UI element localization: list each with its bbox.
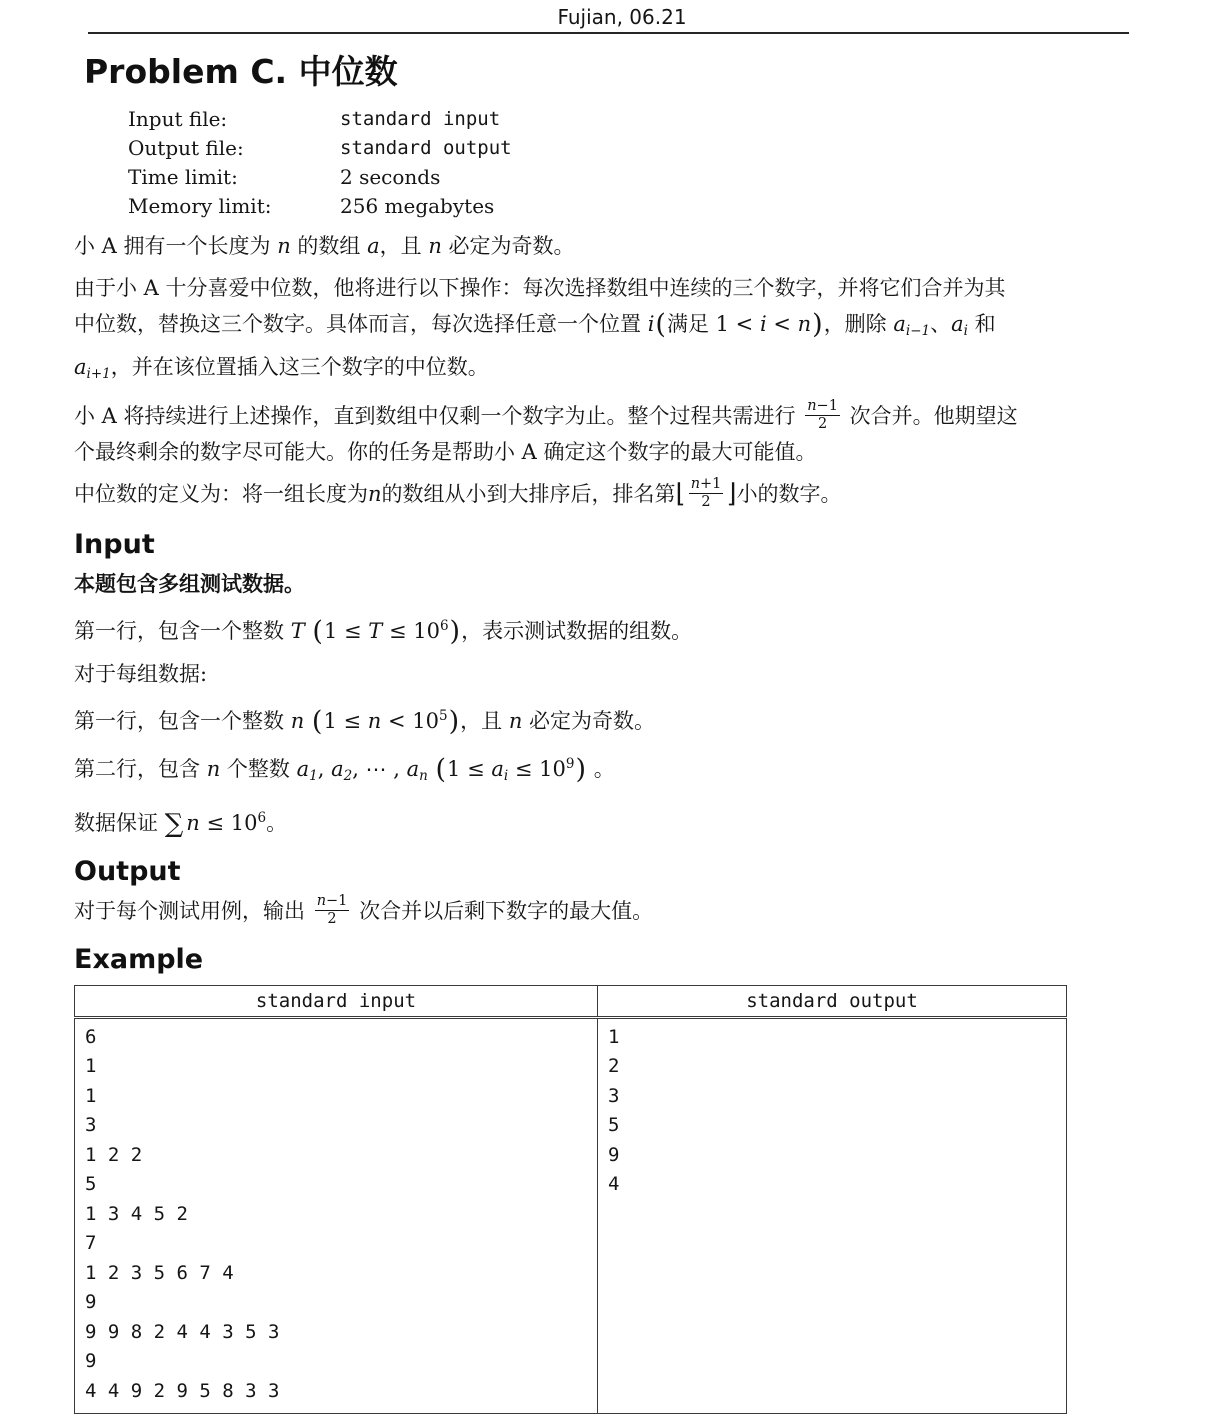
code-line: 9: [608, 1141, 1056, 1171]
math-var: n: [186, 811, 200, 835]
text-run: <: [767, 312, 798, 336]
text-run: 必定为奇数。: [442, 234, 575, 258]
text-line: 数据保证 ∑n ≤ 106。: [74, 800, 1170, 841]
big-paren: ): [576, 754, 587, 785]
text-run: 2: [327, 911, 336, 927]
text-run: 1 ≤: [324, 619, 368, 643]
big-paren: ): [450, 616, 461, 647]
text-run: 2: [818, 416, 827, 432]
text-run: 对于每组数据:: [74, 662, 207, 686]
code-line: 1 3 4 5 2: [85, 1200, 587, 1230]
math-subscripted: an: [407, 757, 428, 781]
math-var: n: [691, 476, 700, 492]
meta-value: standard output: [340, 137, 512, 159]
code-line: 3: [85, 1111, 587, 1141]
math-var: n: [291, 709, 305, 733]
text-line: 小 A 拥有一个长度为 n 的数组 a，且 n 必定为奇数。: [74, 228, 1170, 264]
math-var: i: [648, 312, 655, 336]
meta-label: Output file:: [128, 136, 340, 160]
text-run: <: [381, 709, 412, 733]
math-subscripted: ai+1: [74, 355, 111, 379]
text-run: 数据保证: [74, 811, 165, 835]
meta-row: Output file:standard output: [128, 133, 1170, 162]
statement-paragraph: 由于小 A 十分喜爱中位数，他将进行以下操作：每次选择数组中连续的三个数字，并将…: [74, 270, 1170, 392]
math-var: n: [807, 398, 816, 414]
text-run: 本题包含多组测试数据。: [74, 571, 305, 596]
code-line: 3: [608, 1082, 1056, 1112]
text-run: ≤: [508, 757, 539, 781]
text-run: 、: [930, 312, 951, 336]
big-paren: ): [449, 706, 460, 737]
big-paren: (: [436, 754, 447, 785]
text-run: 第一行，包含一个整数: [74, 619, 291, 643]
meta-label: Input file:: [128, 107, 340, 131]
math-power: 106: [413, 619, 448, 643]
code-line: 9 9 8 2 4 4 3 5 3: [85, 1318, 587, 1348]
text-run: 小 A 将持续进行上述操作，直到数组中仅剩一个数字为止。整个过程共需进行: [74, 404, 802, 428]
text-run: ，并在该位置插入这三个数字的中位数。: [111, 355, 489, 379]
text-run: −1: [817, 398, 838, 414]
text-run: 个整数: [220, 757, 296, 781]
math-fraction: n+12: [689, 477, 724, 510]
text-run: 。: [266, 811, 287, 835]
code-line: 1 2 2: [85, 1141, 587, 1171]
text-run: 满足 1 <: [667, 312, 760, 336]
text-run: ，且: [380, 234, 429, 258]
code-line: 7: [85, 1229, 587, 1259]
text-run: 对于每个测试用例，输出: [74, 899, 312, 923]
code-line: 6: [85, 1023, 587, 1053]
math-var: i: [760, 312, 767, 336]
text-line: 本题包含多组测试数据。: [74, 566, 1170, 602]
math-subscripted: ai−1: [893, 312, 930, 336]
statement-paragraph: 第二行，包含 n 个整数 a1, a2, ⋯ , an (1 ≤ ai ≤ 10…: [74, 746, 1170, 794]
text-run: 由于小 A 十分喜爱中位数，他将进行以下操作：每次选择数组中连续的三个数字，并将…: [74, 276, 1006, 300]
big-paren: (: [312, 616, 323, 647]
math-power: 109: [539, 757, 574, 781]
problem-content: 小 A 拥有一个长度为 n 的数组 a，且 n 必定为奇数。由于小 A 十分喜爱…: [74, 228, 1170, 1414]
math-var: n: [798, 312, 812, 336]
section-heading: Input: [74, 528, 1170, 562]
code-line: 1: [608, 1023, 1056, 1053]
header-rule: [88, 32, 1129, 34]
text-run: 中位数的定义为：将一组长度为: [74, 482, 368, 506]
meta-value: 256 megabytes: [340, 194, 494, 218]
text-run: [428, 757, 435, 781]
statement-paragraph: 数据保证 ∑n ≤ 106。: [74, 800, 1170, 841]
text-line: 小 A 将持续进行上述操作，直到数组中仅剩一个数字为止。整个过程共需进行 n−1…: [74, 398, 1170, 434]
statement-paragraph: 对于每个测试用例，输出 n−12 次合并以后剩下数字的最大值。: [74, 893, 1170, 929]
meta-row: Time limit:2 seconds: [128, 162, 1170, 191]
meta-row: Input file:standard input: [128, 104, 1170, 133]
text-run: −1: [326, 893, 347, 909]
math-var: n: [317, 893, 326, 909]
math-var: a: [367, 234, 380, 258]
math-var: T: [368, 619, 382, 643]
text-run: 2: [701, 494, 710, 510]
section-heading: Output: [74, 855, 1170, 889]
meta-label: Time limit:: [128, 165, 340, 189]
code-line: 4: [608, 1170, 1056, 1200]
math-var: T: [291, 619, 305, 643]
big-paren: ): [812, 309, 823, 340]
text-run: 。: [587, 757, 615, 781]
math-fraction: n−12: [805, 399, 840, 432]
problem-title: Problem C. 中位数: [84, 49, 1170, 94]
math-var: n: [428, 234, 442, 258]
text-line: 第一行，包含一个整数 T (1 ≤ T ≤ 106)，表示测试数据的组数。: [74, 608, 1170, 650]
math-subscripted: a2: [331, 757, 352, 781]
meta-value: 2 seconds: [340, 165, 440, 189]
statement-paragraph: 小 A 将持续进行上述操作，直到数组中仅剩一个数字为止。整个过程共需进行 n−1…: [74, 398, 1170, 470]
text-run: , ⋯ ,: [352, 757, 406, 781]
big-paren: (: [655, 309, 666, 340]
example-output-cell: 123594: [598, 1017, 1067, 1414]
text-run: 的数组从小到大排序后，排名第: [382, 482, 676, 506]
text-run: ≤: [200, 811, 231, 835]
text-line: 由于小 A 十分喜爱中位数，他将进行以下操作：每次选择数组中连续的三个数字，并将…: [74, 270, 1170, 306]
text-run: 次合并。他期望这: [843, 404, 1018, 428]
text-run: ,: [318, 757, 331, 781]
math-subscripted: ai: [491, 757, 508, 781]
text-run: 和: [968, 312, 996, 336]
example-header-row: standard inputstandard output: [75, 985, 1067, 1017]
code-line: 5: [608, 1111, 1056, 1141]
meta-label: Memory limit:: [128, 194, 340, 218]
contest-header: Fujian, 06.21: [74, 0, 1170, 29]
example-table: standard inputstandard output61131 2 251…: [74, 985, 1067, 1414]
text-line: 第二行，包含 n 个整数 a1, a2, ⋯ , an (1 ≤ ai ≤ 10…: [74, 746, 1170, 794]
math-power: 106: [231, 811, 266, 835]
math-power: 105: [412, 709, 447, 733]
statement-paragraph: 小 A 拥有一个长度为 n 的数组 a，且 n 必定为奇数。: [74, 228, 1170, 264]
text-run: 必定为奇数。: [522, 709, 655, 733]
code-line: 4 4 9 2 9 5 8 3 3: [85, 1377, 587, 1407]
meta-value: standard input: [340, 108, 500, 130]
math-var: n: [207, 757, 221, 781]
statement-paragraph: 第一行，包含一个整数 T (1 ≤ T ≤ 106)，表示测试数据的组数。: [74, 608, 1170, 650]
math-fraction: n−12: [315, 894, 350, 927]
text-line: 中位数的定义为：将一组长度为n的数组从小到大排序后，排名第⌊n+12⌋小的数字。: [74, 476, 1170, 514]
text-run: [304, 709, 311, 733]
text-run: 个最终剩余的数字尽可能大。你的任务是帮助小 A 确定这个数字的最大可能值。: [74, 440, 817, 464]
example-col-header: standard input: [75, 985, 598, 1017]
text-run: ，表示测试数据的组数。: [461, 619, 692, 643]
text-line: ai+1，并在该位置插入这三个数字的中位数。: [74, 349, 1170, 392]
problem-meta: Input file:standard inputOutput file:sta…: [128, 104, 1170, 220]
code-line: 5: [85, 1170, 587, 1200]
math-var: n: [368, 709, 382, 733]
text-line: 对于每个测试用例，输出 n−12 次合并以后剩下数字的最大值。: [74, 893, 1170, 929]
code-line: 9: [85, 1288, 587, 1318]
math-var: n: [509, 709, 523, 733]
text-line: 中位数，替换这三个数字。具体而言，每次选择任意一个位置 i(满足 1 < i <…: [74, 306, 1170, 349]
math-var: n: [368, 482, 382, 506]
sum-operator: ∑: [165, 809, 184, 839]
math-subscripted: ai: [951, 312, 968, 336]
statement-paragraph: 中位数的定义为：将一组长度为n的数组从小到大排序后，排名第⌊n+12⌋小的数字。: [74, 476, 1170, 514]
example-input-cell: 61131 2 251 3 4 5 271 2 3 5 6 7 499 9 8 …: [75, 1017, 598, 1414]
text-run: 第二行，包含: [74, 757, 207, 781]
math-floor: ⌊n+12⌋: [676, 476, 737, 512]
example-col-header: standard output: [598, 985, 1067, 1017]
statement-paragraph: 本题包含多组测试数据。: [74, 566, 1170, 602]
code-line: 9: [85, 1347, 587, 1377]
text-run: 小的数字。: [737, 482, 842, 506]
text-run: 次合并以后剩下数字的最大值。: [352, 899, 653, 923]
text-line: 第一行，包含一个整数 n (1 ≤ n < 105)，且 n 必定为奇数。: [74, 698, 1170, 740]
code-line: 1: [85, 1052, 587, 1082]
statement-paragraph: 对于每组数据:: [74, 656, 1170, 692]
document-page: Fujian, 06.21 Problem C. 中位数 Input file:…: [0, 0, 1210, 1414]
text-run: [305, 619, 312, 643]
code-line: 1: [85, 1082, 587, 1112]
example-body-row: 61131 2 251 3 4 5 271 2 3 5 6 7 499 9 8 …: [75, 1017, 1067, 1414]
text-run: ，且: [460, 709, 509, 733]
text-run: 第一行，包含一个整数: [74, 709, 291, 733]
math-subscripted: a1: [297, 757, 318, 781]
text-run: 1 ≤: [323, 709, 367, 733]
big-paren: (: [312, 706, 323, 737]
code-line: 1 2 3 5 6 7 4: [85, 1259, 587, 1289]
text-run: +1: [700, 476, 721, 492]
text-run: 的数组: [291, 234, 367, 258]
text-line: 对于每组数据:: [74, 656, 1170, 692]
text-run: ≤: [382, 619, 413, 643]
section-heading: Example: [74, 943, 1170, 977]
statement-paragraph: 第一行，包含一个整数 n (1 ≤ n < 105)，且 n 必定为奇数。: [74, 698, 1170, 740]
text-run: 1 ≤: [447, 757, 491, 781]
math-var: n: [277, 234, 291, 258]
text-run: 中位数，替换这三个数字。具体而言，每次选择任意一个位置: [74, 312, 648, 336]
code-line: 2: [608, 1052, 1056, 1082]
text-run: 小 A 拥有一个长度为: [74, 234, 277, 258]
text-line: 个最终剩余的数字尽可能大。你的任务是帮助小 A 确定这个数字的最大可能值。: [74, 434, 1170, 470]
floor-left-bracket: ⌊: [676, 483, 686, 505]
meta-row: Memory limit:256 megabytes: [128, 191, 1170, 220]
text-run: ，删除: [824, 312, 894, 336]
floor-right-bracket: ⌋: [726, 483, 736, 505]
